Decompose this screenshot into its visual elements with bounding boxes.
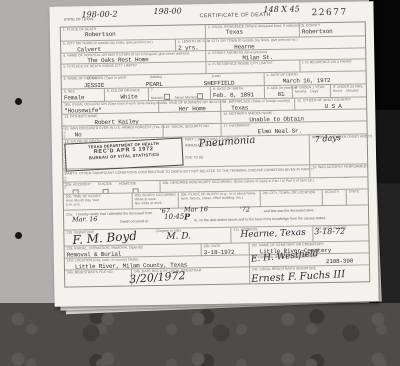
binder-hole-top xyxy=(15,98,22,105)
attended-year-handwritten: '72 xyxy=(240,205,250,213)
accident-label: 20a. ACCIDENT xyxy=(65,183,90,187)
injury-location-label: 20f. CITY, TOWN, OR LOCATION xyxy=(263,191,325,196)
time-of-death-handwritten: 10:45 xyxy=(164,213,184,221)
registrar-file-no-cell: 24a. REGISTRAR'S FILE NO. xyxy=(65,269,135,287)
middle-name-label: (Middle) xyxy=(150,76,163,80)
last-name-label: (Last) xyxy=(212,75,221,79)
hours-label: Hours xyxy=(333,90,342,94)
district-number-handwritten: 148 X 45 xyxy=(263,4,299,14)
injury-state-label: STATE xyxy=(349,190,371,194)
ssn-label: 16. SOCIAL SECURITY NO. xyxy=(166,125,224,130)
describe-injury-label: 20b. DESCRIBE HOW INJURY OCCURRED. (Ente… xyxy=(162,178,370,186)
certificate-title: CERTIFICATE OF DEATH xyxy=(200,12,271,19)
suicide-label: SUICIDE xyxy=(98,183,112,187)
certificate-form-grid: 1. PLACE OF DEATH Robertson 2. USUAL RES… xyxy=(60,21,371,287)
scanner-dark-edge-bottom xyxy=(0,303,400,366)
months-label: Months xyxy=(295,90,306,94)
place-of-injury-label: 20e. PLACE OF INJURY (e.g., in or about … xyxy=(181,192,263,201)
homicide-label: HOMICIDE xyxy=(119,182,136,186)
due-to-label: DUE TO (b) xyxy=(185,154,311,160)
ampm-label: a.m. p.m. xyxy=(66,202,134,207)
days-label: Days xyxy=(310,90,318,94)
date-signed-handwritten: 3-18-72 xyxy=(314,227,345,237)
degree-handwritten: M. D. xyxy=(166,231,191,241)
place-county-value: Robertson xyxy=(85,29,207,38)
funeral-home-number: 2108-390 xyxy=(326,257,353,264)
file-code-handwritten-2: 198-00 xyxy=(153,7,181,16)
death-certificate-sheet: TEXAS DEPARTMENT OF HEALTH STATE OF TEXA… xyxy=(49,1,378,307)
certificate-number-stamp: 22677 xyxy=(311,8,347,19)
last-alive-handwritten: Mar. 16 xyxy=(72,215,97,223)
file-code-handwritten: 198-00-2 xyxy=(81,10,117,20)
certification-post2: m. on the date stated above and to the b… xyxy=(194,216,326,222)
certification-post1: , and last saw the deceased alive xyxy=(262,208,314,213)
binder-hole-bottom xyxy=(15,232,22,239)
meridian-handwritten: P xyxy=(184,211,190,221)
residence-county-cell: b. COUNTY Robertson xyxy=(299,22,370,36)
certification-mid2: Death occurred at xyxy=(120,219,148,223)
not-at-work-label: Not while at work xyxy=(135,201,181,206)
scanned-record-viewport: TEXAS DEPARTMENT OF HEALTH STATE OF TEXA… xyxy=(0,0,400,366)
injury-state-cell: STATE xyxy=(346,189,373,205)
registrar-file-no-label: 24a. REGISTRAR'S FILE NO. xyxy=(67,270,133,275)
first-name-label: (First) xyxy=(88,77,97,81)
minutes-label: Minutes xyxy=(346,89,358,93)
